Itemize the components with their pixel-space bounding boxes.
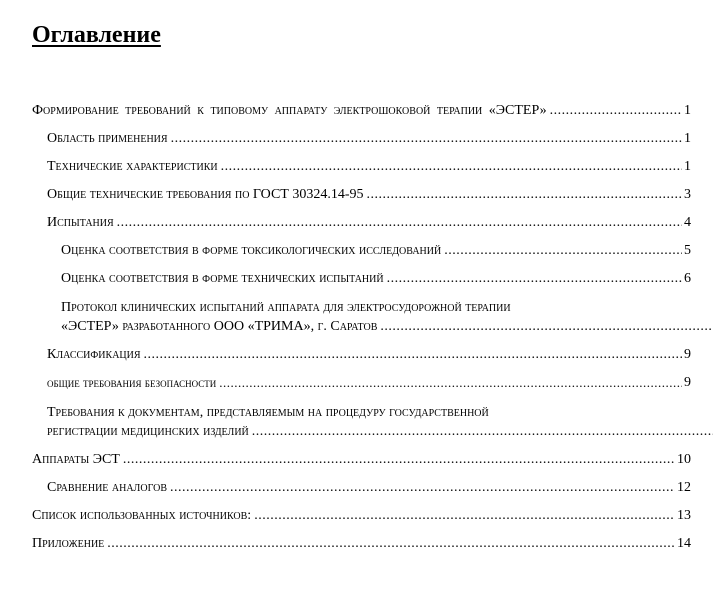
dot-leader (254, 507, 675, 525)
dot-leader (107, 535, 675, 553)
dot-leader (444, 242, 682, 260)
toc-entry-registration-documents[interactable]: Требования к документам, представляемым … (47, 402, 691, 441)
toc-entry-text: общие требования безопасности (47, 374, 216, 392)
toc-page-number: 12 (677, 479, 691, 497)
toc-entry-text: Формирование требований к типовому аппар… (32, 102, 547, 120)
toc-entry-text: Оценка соответствия в форме технических … (61, 270, 384, 288)
dot-leader (117, 214, 682, 232)
toc-entry-specifications[interactable]: Технические характеристики 1 (47, 158, 691, 176)
toc-page-number: 9 (684, 346, 691, 364)
toc-entry-text: Оценка соответствия в форме токсикологич… (61, 242, 441, 260)
toc-page-number: 1 (684, 102, 691, 120)
toc-entry-text: Испытания (47, 214, 114, 232)
dot-leader (221, 158, 682, 176)
toc-entry-text: Аппараты ЭСТ (32, 451, 120, 469)
toc-entry-references[interactable]: Список использованных источников: 13 (32, 507, 691, 525)
dot-leader (387, 270, 682, 288)
dot-leader (252, 423, 713, 441)
toc-page-number: 10 (677, 451, 691, 469)
dot-leader (123, 451, 675, 469)
toc-entry-text: Общие технические требования по ГОСТ 303… (47, 186, 364, 204)
toc-entry-classification[interactable]: Классификация 9 (47, 346, 691, 364)
toc-entry-technical-tests[interactable]: Оценка соответствия в форме технических … (61, 270, 691, 288)
dot-leader (219, 374, 682, 392)
toc-page-number: 3 (684, 186, 691, 204)
toc-heading: Оглавление (32, 20, 161, 50)
toc-entry-text-line2: «ЭСТЕР» разработанного ООО «ТРИМА», г. С… (61, 318, 377, 336)
toc-entry-toxicology[interactable]: Оценка соответствия в форме токсикологич… (61, 242, 691, 260)
dot-leader (170, 479, 675, 497)
toc-entry-text: Классификация (47, 346, 141, 364)
toc-page-number: 14 (677, 535, 691, 553)
toc-entry-gost-requirements[interactable]: Общие технические требования по ГОСТ 303… (47, 186, 691, 204)
toc-page-number: 5 (684, 242, 691, 260)
toc-entry-formation-requirements[interactable]: Формирование требований к типовому аппар… (32, 102, 691, 120)
toc-entry-text-line1: Протокол клинических испытаний аппарата … (61, 297, 713, 318)
toc-entry-tests[interactable]: Испытания 4 (47, 214, 691, 232)
toc-page-number: 6 (684, 270, 691, 288)
toc-entry-safety-requirements[interactable]: общие требования безопасности 9 (47, 374, 691, 392)
toc-page-number: 4 (684, 214, 691, 232)
toc-page-number: 13 (677, 507, 691, 525)
dot-leader (380, 318, 713, 336)
dot-leader (367, 186, 683, 204)
toc-entry-text: Сравнение аналогов (47, 479, 167, 497)
toc-entry-text: Приложение (32, 535, 104, 553)
toc-entry-text-line2: регистрации медицинских изделий (47, 423, 249, 441)
toc-entry-clinical-protocol[interactable]: Протокол клинических испытаний аппарата … (61, 297, 691, 336)
toc-entry-text: Область применения (47, 130, 168, 148)
dot-leader (144, 346, 682, 364)
toc-page-number: 1 (684, 130, 691, 148)
dot-leader (550, 102, 682, 120)
toc-entry-analog-comparison[interactable]: Сравнение аналогов 12 (47, 479, 691, 497)
toc-page-number: 1 (684, 158, 691, 176)
toc-entry-text-line1: Требования к документам, представляемым … (47, 402, 713, 423)
toc-entry-scope[interactable]: Область применения 1 (47, 130, 691, 148)
toc-entry-text: Список использованных источников: (32, 507, 251, 525)
toc-entry-text: Технические характеристики (47, 158, 218, 176)
toc-entry-appendix[interactable]: Приложение 14 (32, 535, 691, 553)
dot-leader (171, 130, 682, 148)
toc-entry-ect-devices[interactable]: Аппараты ЭСТ 10 (32, 451, 691, 469)
toc-page-number: 9 (684, 374, 691, 392)
